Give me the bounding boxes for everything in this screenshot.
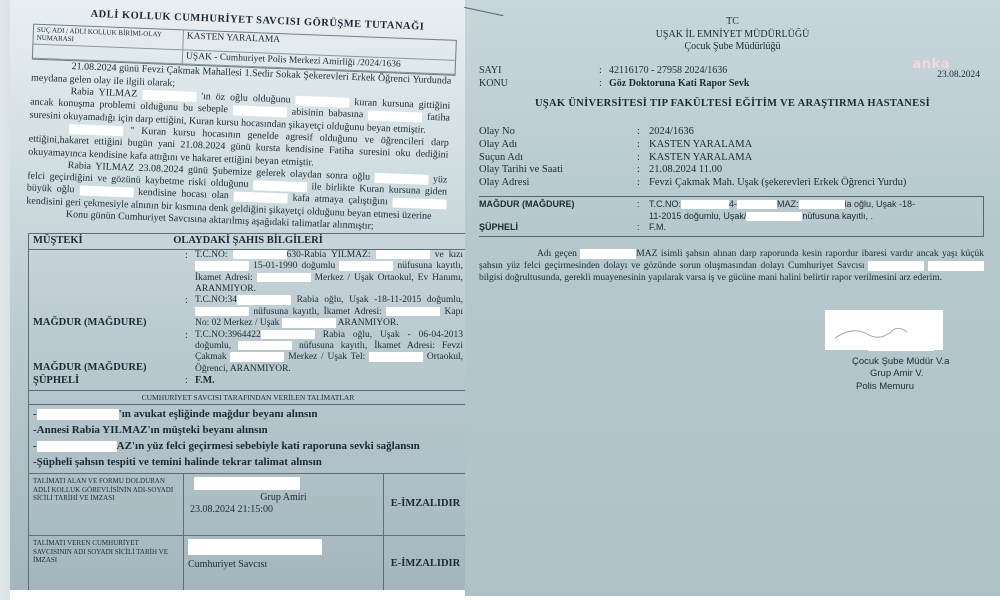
role-suspect: ŞÜPHELİ (33, 375, 185, 388)
officer-title: Grup Amiri (188, 492, 379, 504)
redaction-box (295, 95, 349, 107)
redaction-box (253, 180, 307, 192)
colon: : (637, 152, 649, 165)
role-suspect: ŞÜPHELİ (479, 222, 637, 234)
body-text: Adı geçen (537, 249, 577, 259)
redaction-box (386, 307, 440, 317)
letterhead-line: UŞAK İL EMNİYET MÜDÜRLÜĞÜ (465, 29, 1000, 42)
colon: : (637, 199, 649, 222)
redaction-box (233, 105, 287, 117)
redaction-box (233, 250, 287, 260)
person-row-complainant: : T.C.NO: 630-Rabia YILMAZ: ve kızı 15-0… (29, 250, 467, 296)
colon: : (185, 375, 195, 388)
recipient-hospital: UŞAK ÜNİVERSİTESİ TIP FAKÜLTESİ EĞİTİM V… (465, 98, 1000, 109)
report-narrative: 21.08.2024 günü Fevzi Çakmak Mahallesi 1… (10, 59, 456, 236)
colon: : (185, 330, 195, 376)
redaction-box (79, 186, 133, 198)
field-label: Olay No (479, 126, 637, 139)
sayi-label: SAYI (479, 64, 599, 77)
person-row-suspect: ŞÜPHELİ : F.M. (479, 222, 983, 234)
suspect-initials: F.M. (195, 375, 215, 386)
redaction-box (194, 477, 300, 490)
redaction-box (257, 273, 311, 283)
field-label: Suçun Adı (479, 152, 637, 165)
redaction-box (142, 90, 196, 102)
signature-row-prosecutor: TALİMATI VEREN CUMHURİYET SAVCISININ ADI… (29, 535, 467, 593)
prosecutor-title: Cumhuriyet Savcısı (188, 559, 379, 571)
signature-block: Çocuk Şube Müdür V.a Grup Amir V. Polis … (852, 356, 949, 393)
person-info: T.C.NO: 630-Rabia YILMAZ: ve kızı 15-01-… (195, 250, 463, 296)
e-signed-label: E-İMZALIDIR (384, 495, 467, 514)
role-complainant: MÜŞTEKİ (33, 235, 83, 248)
instructions-heading: CUMHURİYET SAVCISI TARAFINDAN VERİLEN TA… (29, 390, 467, 405)
field-label: Olay Adı (479, 139, 637, 152)
person-row-victim-2: MAĞDUR (MAĞDURE) : T.C.NO:3964422 Rabia … (29, 330, 467, 376)
person-info: F.M. (649, 222, 983, 234)
paper-edge-line (464, 0, 505, 16)
redaction-box (230, 352, 284, 362)
indent (479, 249, 537, 259)
signer-title: Grup Amir V. (870, 368, 949, 380)
role-victim: MAĞDUR (MAĞDURE) (479, 199, 637, 222)
colon: : (637, 222, 649, 234)
redaction-box (237, 295, 291, 305)
e-signed-label: E-İMZALIDIR (384, 555, 467, 574)
redaction-box (261, 330, 315, 340)
signature-person: Cumhuriyet Savcısı (184, 536, 384, 593)
signer-title: Polis Memuru (856, 381, 949, 393)
text: ia oğlu, Uşak -18- (845, 199, 916, 209)
person-info: T.C.NO:34 Rabia oğlu, Uşak -18-11-2015 d… (195, 295, 463, 329)
text: MAZ: (777, 199, 799, 209)
redaction-box (37, 441, 117, 452)
person-row-victim-1: MAĞDUR (MAĞDURE) : T.C.NO:34 Rabia oğlu,… (29, 295, 467, 329)
person-info: T.C.NO:4-MAZ:ia oğlu, Uşak -18- 11-2015 … (649, 199, 983, 222)
field-label: Olay Tarihi ve Saati (479, 164, 637, 177)
redaction-box (868, 261, 924, 271)
colon: : (599, 77, 609, 90)
signature-datetime: 23.08.2024 21:15:00 (190, 504, 379, 516)
letter-body: Adı geçen MAZ isimli şahsın alınan darp … (479, 248, 984, 284)
redaction-box (368, 111, 422, 123)
left-document-photo: ADLİ KOLLUK CUMHURİYET SAVCISI GÖRÜŞME T… (0, 0, 480, 600)
letterhead-line: Çocuk Şube Müdürlüğü (465, 41, 1000, 54)
redaction-box (928, 261, 984, 271)
person-info: T.C.NO:3964422 Rabia oğlu, Uşak - 06-04-… (195, 330, 463, 376)
referral-letter-document: TC UŞAK İL EMNİYET MÜDÜRLÜĞÜ Çocuk Şube … (465, 0, 1000, 600)
redaction-box (195, 307, 249, 317)
colon: : (185, 295, 195, 329)
image-border (10, 590, 465, 600)
redaction-box (188, 539, 322, 555)
text: 11-2015 doğumlu, Uşak/ (649, 211, 746, 221)
persons-section-heading: MÜŞTEKİ OLAYDAKİ ŞAHIS BİLGİLERİ (29, 234, 467, 250)
redaction-box (369, 352, 423, 362)
redaction-box (746, 212, 802, 221)
persons-box: MAĞDUR (MAĞDURE) : T.C.NO:4-MAZ:ia oğlu,… (479, 196, 984, 237)
instruction-text: 'ın avukat eşliğinde mağdur beyanı alıns… (119, 408, 318, 420)
colon: : (637, 126, 649, 139)
letterhead-line: TC (465, 16, 1000, 29)
field-value: 2024/1636 (649, 126, 989, 139)
redaction-box (238, 341, 292, 351)
redaction-box (234, 192, 288, 204)
body-text: bilgisi doğrultusunda, gerekli muayenesi… (479, 273, 942, 283)
report-header-area: ADLİ KOLLUK CUMHURİYET SAVCISI GÖRÜŞME T… (10, 2, 458, 236)
image-border (465, 596, 1000, 600)
redaction-box (392, 198, 446, 210)
instructions-list: -'ın avukat eşliğinde mağdur beyanı alın… (29, 405, 467, 473)
person-row-suspect: ŞÜPHELİ : F.M. (29, 375, 467, 388)
redaction-box (374, 172, 428, 184)
redaction-box (339, 261, 393, 271)
signer-title: Çocuk Şube Müdür V.a (852, 356, 949, 368)
instruction-text: AZ'ın yüz felci geçirmesi sebebiyle kati… (117, 440, 420, 452)
text: nüfusuna kayıtlı, . (802, 211, 873, 221)
signature-caption: TALİMATI VEREN CUMHURİYET SAVCISININ ADI… (29, 536, 184, 593)
sayi-value: 42116170 - 27958 2024/1636 (609, 64, 979, 77)
konu-value: Göz Doktoruna Kati Rapor Sevk (609, 77, 979, 90)
text: T.C.NO: (649, 199, 681, 209)
instruction-item: -Şüpheli şahsın tespiti ve temini halind… (33, 455, 463, 471)
person-info: F.M. (195, 375, 463, 388)
redaction-box (868, 342, 934, 351)
role-victim: MAĞDUR (MAĞDURE) (33, 362, 185, 375)
instruction-item: -Annesi Rabia YILMAZ'ın müşteki beyanı a… (33, 423, 463, 439)
redaction-box (69, 124, 123, 136)
redaction-box (282, 318, 336, 328)
redaction-box (37, 409, 119, 420)
redaction-box (737, 200, 777, 209)
field-value: KASTEN YARALAMA (649, 152, 989, 165)
redaction-box (376, 250, 430, 260)
colon: : (637, 164, 649, 177)
konu-label: KONU (479, 77, 599, 90)
role-victim: MAĞDUR (MAĞDURE) (33, 317, 185, 330)
redaction-box (195, 261, 249, 271)
text: 4- (729, 199, 737, 209)
signature-person: Grup Amiri 23.08.2024 21:15:00 (184, 474, 384, 535)
colon: : (637, 139, 649, 152)
persons-and-instructions-table: MÜŞTEKİ OLAYDAKİ ŞAHIS BİLGİLERİ : T.C.N… (28, 233, 468, 594)
colon: : (185, 250, 195, 296)
colon: : (637, 177, 649, 190)
instruction-item: -'ın avukat eşliğinde mağdur beyanı alın… (33, 407, 463, 423)
signature-caption: TALİMATI ALAN VE FORMU DOLDURAN ADLİ KOL… (29, 474, 184, 535)
field-value: KASTEN YARALAMA (649, 139, 989, 152)
redaction-box (799, 200, 845, 209)
redaction-box (580, 249, 636, 259)
signature-row-officer: TALİMATI ALAN VE FORMU DOLDURAN ADLİ KOL… (29, 473, 467, 535)
field-value: 21.08.2024 11.00 (649, 164, 989, 177)
redaction-box (681, 200, 729, 209)
colon: : (599, 64, 609, 77)
police-prosecutor-interview-report: ADLİ KOLLUK CUMHURİYET SAVCISI GÖRÜŞME T… (10, 0, 465, 600)
letterhead: TC UŞAK İL EMNİYET MÜDÜRLÜĞÜ Çocuk Şube … (465, 16, 1000, 54)
letter-reference: SAYI : 42116170 - 27958 2024/1636 KONU :… (479, 64, 979, 90)
incident-fields: Olay No:2024/1636 Olay Adı:KASTEN YARALA… (479, 126, 989, 190)
signature-scribble-icon (833, 322, 913, 342)
persons-heading-text: OLAYDAKİ ŞAHIS BİLGİLERİ (173, 235, 323, 246)
person-row-victim: MAĞDUR (MAĞDURE) : T.C.NO:4-MAZ:ia oğlu,… (479, 199, 983, 222)
instruction-item: -AZ'ın yüz felci geçirmesi sebebiyle kat… (33, 439, 463, 455)
field-value: Fevzi Çakmak Mah. Uşak (şekerevleri Erke… (649, 177, 989, 190)
field-label: Olay Adresi (479, 177, 637, 190)
